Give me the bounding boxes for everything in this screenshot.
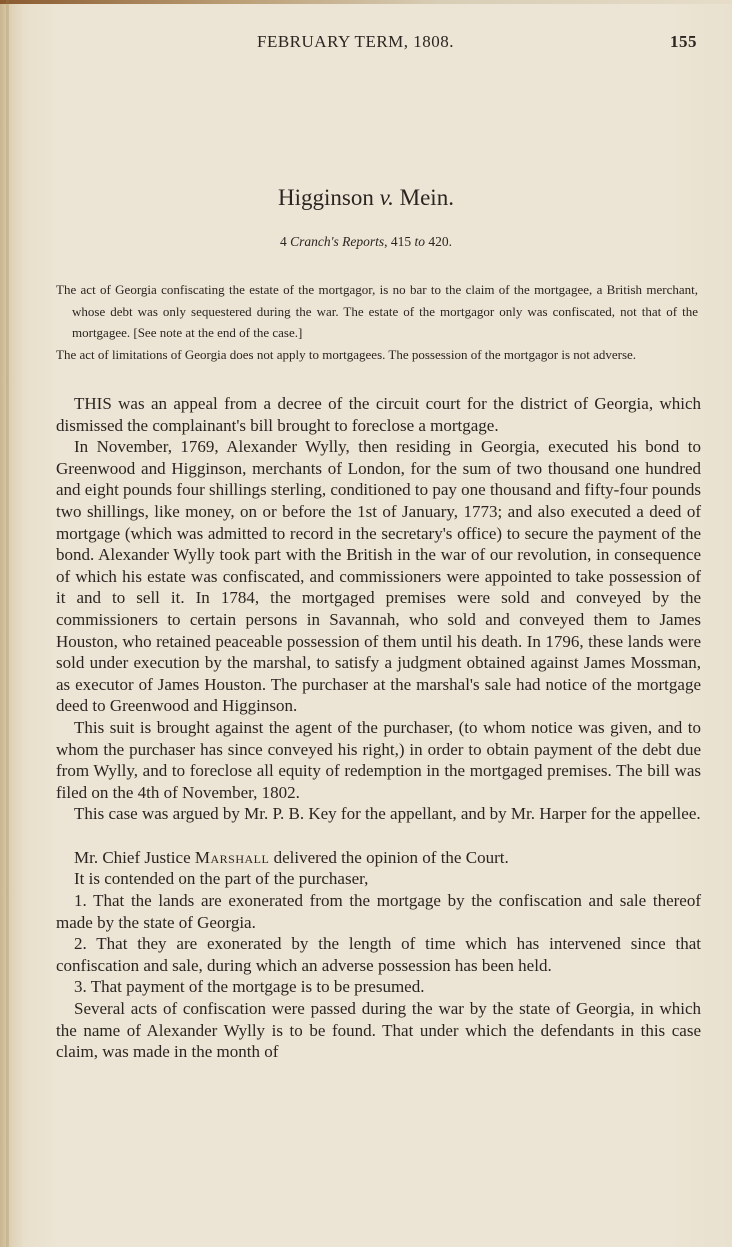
paragraph-suit: This suit is brought against the agent o… [56,717,701,803]
page-number: 155 [670,32,697,52]
running-head-term: FEBRUARY TERM, 1808. [257,32,454,52]
paragraph-point-2: 2. That they are exonerated by the lengt… [56,933,701,976]
paragraph-facts: In November, 1769, Alexander Wylly, then… [56,436,701,717]
citation-to: to [415,234,426,249]
book-page: FEBRUARY TERM, 1808. 155 Higginson v. Me… [0,0,732,1247]
citation-reporter: Cranch's Reports [290,234,384,249]
citation-volume: 4 [280,234,287,249]
citation-pages-from: 415 [391,234,411,249]
case-versus: v. [380,185,394,210]
headnotes: The act of Georgia confiscating the esta… [56,279,698,365]
paragraph-point-1: 1. That the lands are exonerated from th… [56,890,701,933]
case-party-1: Higginson [278,185,374,210]
headnote: The act of limitations of Georgia does n… [56,344,698,366]
case-citation: 4 Cranch's Reports, 415 to 420. [0,234,732,250]
paragraph-contention: It is contended on the part of the purch… [56,868,701,890]
case-body: THIS was an appeal from a decree of the … [56,393,701,1063]
citation-pages-to: 420. [428,234,452,249]
paragraph-statement: THIS was an appeal from a decree of the … [56,393,701,436]
case-title: Higginson v. Mein. [0,185,732,211]
paragraph-counsel: This case was argued by Mr. P. B. Key fo… [56,803,701,825]
paragraph-opinion-intro: Mr. Chief Justice Marshall delivered the… [56,847,701,869]
headnote: The act of Georgia confiscating the esta… [56,279,698,344]
paragraph-point-3: 3. That payment of the mortgage is to be… [56,976,701,998]
running-head: FEBRUARY TERM, 1808. 155 [0,32,732,52]
paragraph-confiscation-acts: Several acts of confiscation were passed… [56,998,701,1063]
justice-name: Marshall [195,848,269,867]
case-party-2: Mein. [400,185,454,210]
